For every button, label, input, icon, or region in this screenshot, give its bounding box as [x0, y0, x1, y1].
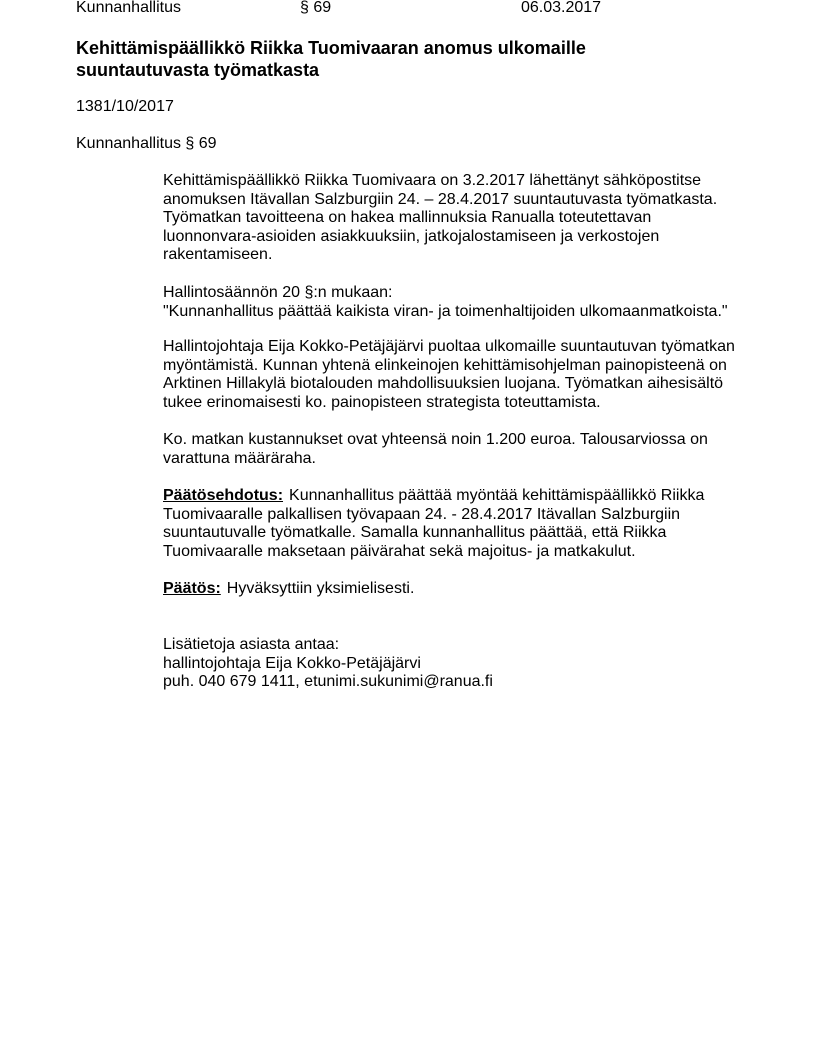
contact-heading: Lisätietoja asiasta antaa: [163, 636, 753, 655]
paragraph-decision: Päätös:Hyväksyttiin yksimielisesti. [163, 580, 753, 599]
paragraph-regulation: Hallintosäännön 20 §:n mukaan: "Kunnanha… [163, 284, 753, 321]
title-line-2: suuntautuvasta työmatkasta [76, 60, 319, 80]
title-line-1: Kehittämispäällikkö Riikka Tuomivaaran a… [76, 38, 586, 58]
text-line: varattuna määräraha. [163, 450, 753, 469]
proposal-label: Päätösehdotus: [163, 487, 283, 504]
header-section: § 69 [300, 0, 331, 18]
text-line: luonnonvara-asioiden asiakkuuksiin, jatk… [163, 228, 753, 247]
paragraph-proposal: Päätösehdotus:Kunnanhallitus päättää myö… [163, 487, 753, 561]
document-header: Kunnanhallitus § 69 06.03.2017 [0, 0, 816, 18]
text-line: anomuksen Itävallan Salzburgiin 24. – 28… [163, 191, 753, 210]
contact-info: Lisätietoja asiasta antaa: hallintojohta… [163, 636, 753, 692]
text-line: Tuomivaaralle maksetaan päivärahat sekä … [163, 543, 753, 562]
text-line: Arktinen Hillakylä biotalouden mahdollis… [163, 375, 753, 394]
text-line: suuntautuvalle työmatkalle. Samalla kunn… [163, 524, 753, 543]
text-line: Tuomivaaralle palkallisen työvapaan 24. … [163, 506, 753, 525]
document-title: Kehittämispäällikkö Riikka Tuomivaaran a… [76, 37, 636, 81]
text-line: tukee erinomaisesti ko. painopisteen str… [163, 394, 753, 413]
paragraph-endorsement: Hallintojohtaja Eija Kokko-Petäjäjärvi p… [163, 338, 753, 412]
decision-text: Hyväksyttiin yksimielisesti. [227, 580, 415, 597]
text-line: Kehittämispäällikkö Riikka Tuomivaara on… [163, 172, 753, 191]
proposal-text: Kunnanhallitus päättää myöntää kehittämi… [289, 487, 704, 504]
document-number: 1381/10/2017 [76, 97, 174, 117]
text-line: myöntämistä. Kunnan yhtenä elinkeinojen … [163, 357, 753, 376]
contact-details: puh. 040 679 1411, etunimi.sukunimi@ranu… [163, 673, 753, 692]
header-organ: Kunnanhallitus [76, 0, 181, 18]
text-line: Ko. matkan kustannukset ovat yhteensä no… [163, 431, 753, 450]
text-line: Työmatkan tavoitteena on hakea mallinnuk… [163, 209, 753, 228]
contact-person: hallintojohtaja Eija Kokko-Petäjäjärvi [163, 655, 753, 674]
section-reference: Kunnanhallitus § 69 [76, 134, 217, 154]
text-line: Hallintojohtaja Eija Kokko-Petäjäjärvi p… [163, 338, 753, 357]
paragraph-application: Kehittämispäällikkö Riikka Tuomivaara on… [163, 172, 753, 265]
decision-label: Päätös: [163, 580, 221, 597]
paragraph-costs: Ko. matkan kustannukset ovat yhteensä no… [163, 431, 753, 468]
header-date: 06.03.2017 [521, 0, 601, 18]
text-line: Päätösehdotus:Kunnanhallitus päättää myö… [163, 487, 753, 506]
text-line: Päätös:Hyväksyttiin yksimielisesti. [163, 580, 753, 599]
text-line: "Kunnanhallitus päättää kaikista viran- … [163, 303, 753, 322]
text-line: rakentamiseen. [163, 246, 753, 265]
text-line: Hallintosäännön 20 §:n mukaan: [163, 284, 753, 303]
